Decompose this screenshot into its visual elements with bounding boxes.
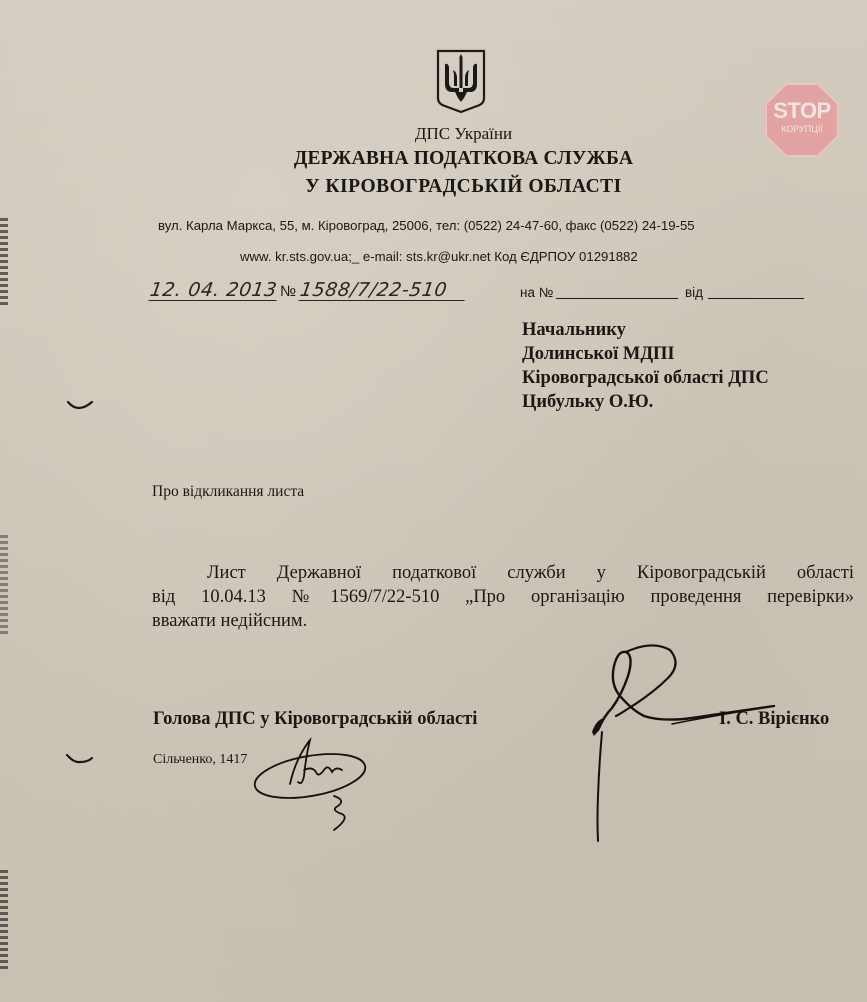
reference-number-label: на № <box>520 285 553 300</box>
addressee-line: Начальнику <box>522 318 769 342</box>
stop-corruption-badge: STOP КОРУПЦІЇ <box>764 82 840 158</box>
addressee-line: Долинської МДПІ <box>522 342 769 366</box>
reference-date-label: від <box>685 285 703 300</box>
organization-address: вул. Карла Маркса, 55, м. Кіровоград, 25… <box>158 218 695 233</box>
body-line: Лист Державної податкової служби у Кіров… <box>152 561 854 585</box>
reference-number-blank <box>556 298 678 299</box>
handwritten-signature <box>582 636 782 846</box>
executor-contact: Сільченко, 1417 <box>153 752 247 768</box>
organization-contacts: www. kr.sts.gov.ua;_ e-mail: sts.kr@ukr.… <box>240 249 638 264</box>
registration-number: 1588/7/22-510 <box>299 280 468 301</box>
addressee-line: Кіровоградської області ДПС <box>522 366 769 390</box>
handwritten-initials <box>250 736 380 836</box>
registration-date: 12. 04. 2013 <box>149 280 280 301</box>
addressee-block: Начальнику Долинської МДПІ Кіровоградськ… <box>522 318 769 414</box>
perforation-marks-bottom <box>0 870 8 970</box>
agency-name: ДПС України <box>0 124 867 144</box>
letter-body: Лист Державної податкової служби у Кіров… <box>152 561 854 633</box>
organization-title: ДЕРЖАВНА ПОДАТКОВА СЛУЖБА <box>0 148 867 170</box>
letter-subject: Про відкликання листа <box>152 483 304 501</box>
pen-mark <box>64 750 96 768</box>
pen-mark <box>64 398 96 416</box>
reference-date-blank <box>708 298 804 299</box>
perforation-marks-top <box>0 218 8 308</box>
organization-region: У КІРОВОГРАДСЬКІЙ ОБЛАСТІ <box>0 176 867 198</box>
registration-number-label: № <box>280 283 296 300</box>
trident-coat-of-arms-icon <box>435 48 487 114</box>
badge-title: STOP <box>764 99 840 123</box>
body-line: від 10.04.13 №1569/7/22-510 „Про організ… <box>152 585 854 609</box>
body-line: вважати недійсним. <box>152 609 854 633</box>
signatory-position: Голова ДПС у Кіровоградській області <box>153 709 477 730</box>
perforation-marks-middle <box>0 535 8 635</box>
addressee-line: Цибульку О.Ю. <box>522 390 769 414</box>
